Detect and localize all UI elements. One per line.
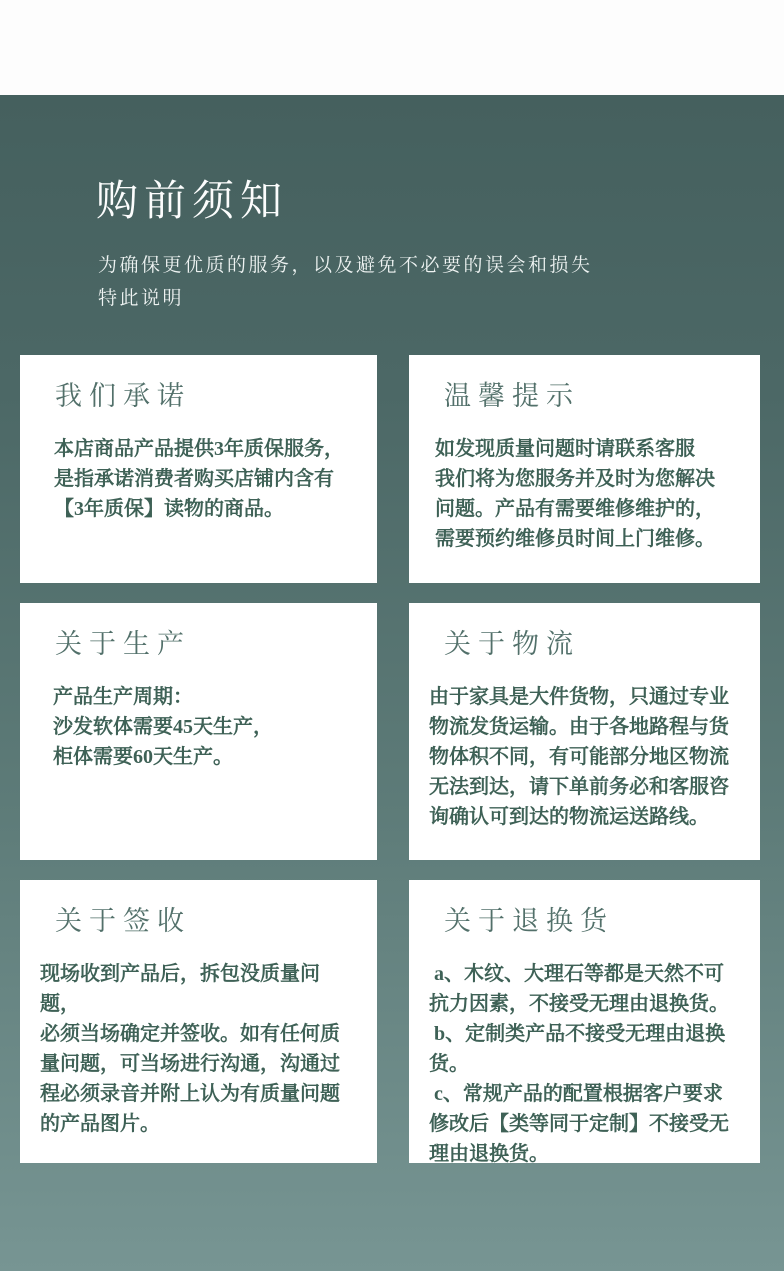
card-body: a、木纹、大理石等都是天然不可抗力因素，不接受无理由退换货。 b、定制类产品不接… [429, 959, 742, 1163]
card-title: 关于物流 [444, 627, 742, 661]
body-line: 问题。产品有需要维修维护的， [435, 494, 742, 524]
subtitle-line: 为确保更优质的服务，以及避免不必要的误会和损失 [98, 249, 658, 282]
top-white-strip [0, 0, 784, 95]
body-line: 必须当场确定并签收。如有任何质 [40, 1019, 359, 1049]
body-line: 沙发软体需要45天生产， [53, 712, 359, 742]
card-our-promise: 我们承诺 本店商品产品提供3年质保服务，是指承诺消费者购买店铺内含有【3年质保】… [20, 355, 377, 583]
card-body: 产品生产周期：沙发软体需要45天生产，柜体需要60天生产。 [53, 682, 359, 772]
body-line: 的产品图片。 [40, 1109, 359, 1139]
subtitle-line: 特此说明 [98, 282, 658, 315]
body-line: b、定制类产品不接受无理由退换货。 [429, 1019, 742, 1079]
card-body: 现场收到产品后，拆包没质量问题，必须当场确定并签收。如有任何质量问题，可当场进行… [40, 959, 359, 1139]
body-line: 需要预约维修员时间上门维修。 [435, 524, 742, 554]
card-title: 温馨提示 [444, 379, 742, 413]
notice-section: 购前须知 为确保更优质的服务，以及避免不必要的误会和损失 特此说明 我们承诺 本… [0, 95, 784, 1271]
body-line: 量问题，可当场进行沟通，沟通过 [40, 1049, 359, 1079]
body-line: 柜体需要60天生产。 [53, 742, 359, 772]
card-title: 关于签收 [55, 904, 359, 938]
page-subtitle: 为确保更优质的服务，以及避免不必要的误会和损失 特此说明 [98, 249, 658, 315]
card-about-returns: 关于退换货 a、木纹、大理石等都是天然不可抗力因素，不接受无理由退换货。 b、定… [409, 880, 760, 1163]
body-line: 抗力因素，不接受无理由退换货。 [429, 989, 742, 1019]
notice-cards-grid: 我们承诺 本店商品产品提供3年质保服务，是指承诺消费者购买店铺内含有【3年质保】… [20, 355, 760, 1163]
card-about-logistics: 关于物流 由于家具是大件货物，只通过专业物流发货运输。由于各地路程与货物体积不同… [409, 603, 760, 860]
body-line: 【3年质保】读物的商品。 [54, 494, 359, 524]
body-line: c、常规产品的配置根据客户要求 [429, 1079, 742, 1109]
pre-purchase-notice-page: 购前须知 为确保更优质的服务，以及避免不必要的误会和损失 特此说明 我们承诺 本… [0, 0, 784, 1271]
body-line: 理由退换货。 [429, 1139, 742, 1163]
card-body: 由于家具是大件货物，只通过专业物流发货运输。由于各地路程与货物体积不同，有可能部… [429, 682, 742, 832]
body-line: 无法到达，请下单前务必和客服咨 [429, 772, 742, 802]
card-title: 关于生产 [55, 627, 359, 661]
card-about-signing: 关于签收 现场收到产品后，拆包没质量问题，必须当场确定并签收。如有任何质量问题，… [20, 880, 377, 1163]
body-line: 现场收到产品后，拆包没质量问题， [40, 959, 359, 1019]
body-line: 如发现质量问题时请联系客服 [435, 434, 742, 464]
body-line: 我们将为您服务并及时为您解决 [435, 464, 742, 494]
body-line: a、木纹、大理石等都是天然不可 [429, 959, 742, 989]
card-body: 本店商品产品提供3年质保服务，是指承诺消费者购买店铺内含有【3年质保】读物的商品… [54, 434, 359, 524]
body-line: 修改后【类等同于定制】不接受无 [429, 1109, 742, 1139]
card-about-production: 关于生产 产品生产周期：沙发软体需要45天生产，柜体需要60天生产。 [20, 603, 377, 860]
body-line: 由于家具是大件货物，只通过专业 [429, 682, 742, 712]
card-title: 关于退换货 [444, 904, 742, 938]
card-body: 如发现质量问题时请联系客服我们将为您服务并及时为您解决问题。产品有需要维修维护的… [435, 434, 742, 554]
page-title: 购前须知 [96, 179, 784, 225]
body-line: 本店商品产品提供3年质保服务， [54, 434, 359, 464]
body-line: 询确认可到达的物流运送路线。 [429, 802, 742, 832]
body-line: 产品生产周期： [53, 682, 359, 712]
body-line: 是指承诺消费者购买店铺内含有 [54, 464, 359, 494]
body-line: 物流发货运输。由于各地路程与货 [429, 712, 742, 742]
card-title: 我们承诺 [55, 379, 359, 413]
body-line: 程必须录音并附上认为有质量问题 [40, 1079, 359, 1109]
body-line: 物体积不同，有可能部分地区物流 [429, 742, 742, 772]
card-warm-tips: 温馨提示 如发现质量问题时请联系客服我们将为您服务并及时为您解决问题。产品有需要… [409, 355, 760, 583]
